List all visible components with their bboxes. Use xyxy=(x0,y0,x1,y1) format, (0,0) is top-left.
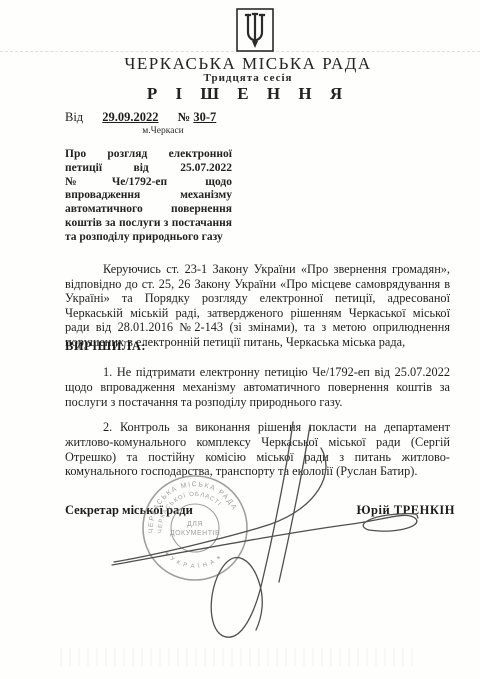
scan-noise xyxy=(60,648,420,666)
stamp-center-line1: ДЛЯ xyxy=(187,521,203,528)
doc-type-title: Р І Ш Е Н Н Я xyxy=(0,84,480,104)
document-page: ЧЕРКАСЬКА МІСЬКА РАДА Тридцята сесія Р І… xyxy=(0,0,480,679)
stamp-inner-ring xyxy=(171,504,219,552)
doc-subject: Про розгляд електронної петиції від 25.0… xyxy=(65,148,232,245)
resolution-item-1: 1. Не підтримати електронну петицію Че/1… xyxy=(65,365,450,409)
official-round-stamp: ЧЕРКАСЬКА МІСЬКА РАДА ЧЕРКАСЬКОЇ ОБЛАСТІ… xyxy=(140,473,250,583)
trident-icon xyxy=(236,8,274,52)
doc-meta-row: Від 29.09.2022 № 30-7 xyxy=(65,110,455,125)
stamp-center-line2: ДОКУМЕНТІВ xyxy=(170,530,220,537)
session-title: Тридцята сесія xyxy=(0,72,480,84)
doc-preamble: Керуючись ст. 23-1 Закону України «Про з… xyxy=(65,262,450,350)
trident-base xyxy=(252,41,258,48)
from-label: Від xyxy=(65,110,83,124)
signer-name: Юрій ТРЕНКІН xyxy=(356,503,455,518)
doc-number: 30-7 xyxy=(193,110,216,124)
resolved-label: ВИРІШИЛА: xyxy=(65,339,450,354)
number-label: № xyxy=(178,110,191,124)
ukraine-trident-emblem xyxy=(236,8,274,52)
doc-city: м.Черкаси xyxy=(118,126,208,136)
resolution-item-2: 2. Контроль за виконання рішення покласт… xyxy=(65,420,450,479)
org-name: ЧЕРКАСЬКА МІСЬКА РАДА xyxy=(0,54,480,74)
doc-date: 29.09.2022 xyxy=(102,110,158,124)
stamp-bottom-text: ✶ У К Р А Ї Н А ✶ xyxy=(162,550,224,570)
